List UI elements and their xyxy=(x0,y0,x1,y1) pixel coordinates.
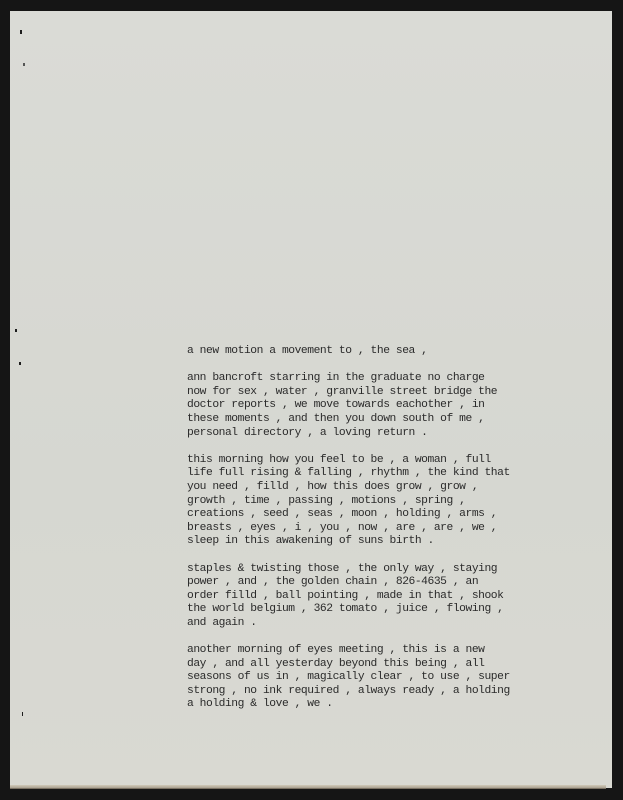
poem-line: now for sex , water , granville street b… xyxy=(187,386,517,400)
stanza-1: a new motion a movement to , the sea , xyxy=(187,345,517,359)
poem-line: staples & twisting those , the only way … xyxy=(187,563,517,577)
typed-poem: a new motion a movement to , the sea , a… xyxy=(187,345,517,726)
poem-line: breasts , eyes , i , you , now , are , a… xyxy=(187,522,517,536)
poem-line: the world belgium , 362 tomato , juice ,… xyxy=(187,603,517,617)
poem-line: and again . xyxy=(187,617,517,631)
stanza-4: staples & twisting those , the only way … xyxy=(187,563,517,631)
poem-line: a holding & love , we . xyxy=(187,698,517,712)
margin-mark xyxy=(15,329,17,332)
poem-line: growth , time , passing , motions , spri… xyxy=(187,495,517,509)
paper-bottom-edge xyxy=(10,785,606,789)
margin-mark xyxy=(19,362,21,365)
poem-line: this morning how you feel to be , a woma… xyxy=(187,454,517,468)
margin-mark xyxy=(23,63,25,66)
margin-mark xyxy=(20,30,22,34)
poem-line: life full rising & falling , rhythm , th… xyxy=(187,467,517,481)
stanza-5: another morning of eyes meeting , this i… xyxy=(187,644,517,712)
poem-line: another morning of eyes meeting , this i… xyxy=(187,644,517,658)
poem-line: these moments , and then you down south … xyxy=(187,413,517,427)
poem-line: strong , no ink required , always ready … xyxy=(187,685,517,699)
poem-line: creations , seed , seas , moon , holding… xyxy=(187,508,517,522)
poem-line: seasons of us in , magically clear , to … xyxy=(187,671,517,685)
poem-line: doctor reports , we move towards eachoth… xyxy=(187,399,517,413)
poem-line: order filld , ball pointing , made in th… xyxy=(187,590,517,604)
poem-line: power , and , the golden chain , 826-463… xyxy=(187,576,517,590)
poem-line: a new motion a movement to , the sea , xyxy=(187,345,517,359)
poem-line: personal directory , a loving return . xyxy=(187,427,517,441)
poem-line: day , and all yesterday beyond this bein… xyxy=(187,658,517,672)
poem-line: sleep in this awakening of suns birth . xyxy=(187,535,517,549)
poem-line: ann bancroft starring in the graduate no… xyxy=(187,372,517,386)
poem-line: you need , filld , how this does grow , … xyxy=(187,481,517,495)
stanza-3: this morning how you feel to be , a woma… xyxy=(187,454,517,549)
margin-mark xyxy=(22,712,23,716)
stanza-2: ann bancroft starring in the graduate no… xyxy=(187,372,517,440)
